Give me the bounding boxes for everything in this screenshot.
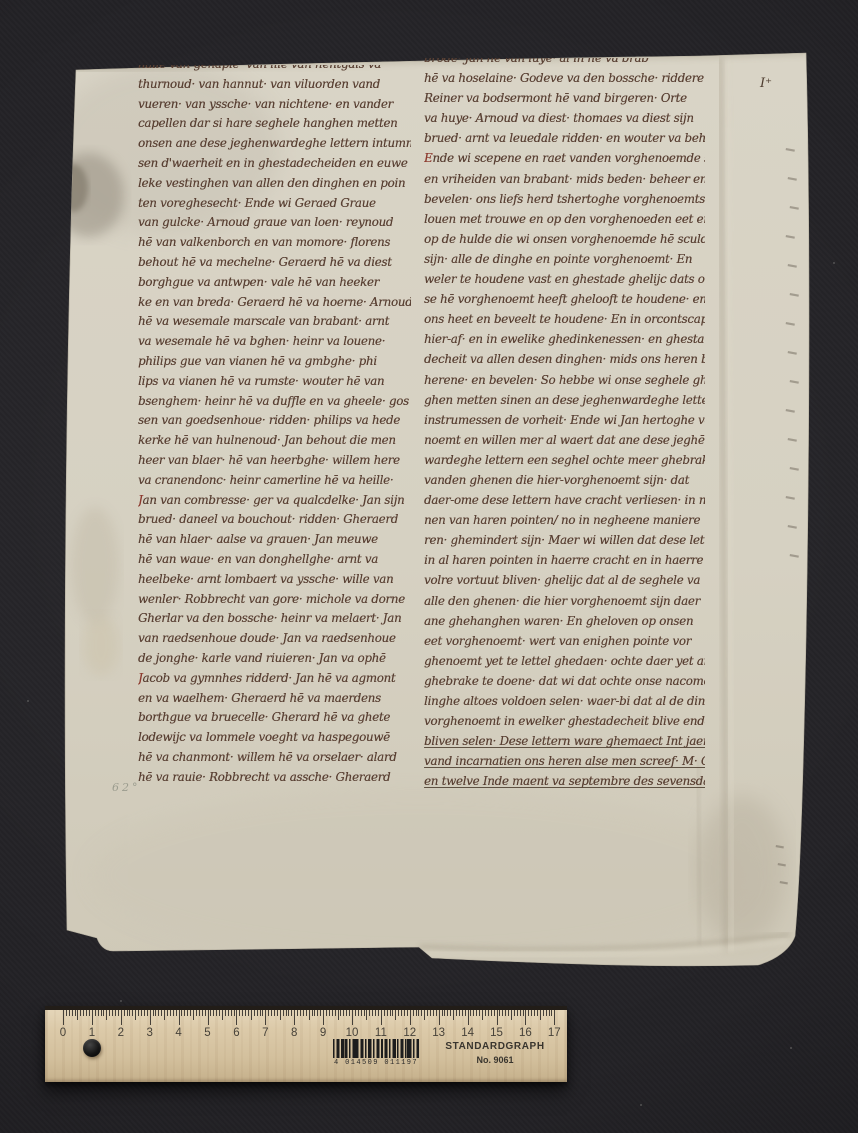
manuscript-line: van gulcke· Arnoud graue van loen· reyno… — [138, 213, 411, 233]
manuscript-line: heer van blaer· hē van heerbghe· willem … — [138, 451, 411, 471]
ruler-tick — [228, 1010, 229, 1016]
manuscript-line: op de hulde die wi onsen vorghenoemde hē… — [424, 229, 705, 249]
manuscript-line: ghebrake te doene· dat wi dat ochte onse… — [424, 671, 705, 691]
ruler-tick — [479, 1010, 480, 1016]
manuscript-line: van raedsenhoue doude· Jan va raedsenhou… — [138, 629, 411, 649]
ruler-number: 15 — [486, 1027, 508, 1039]
ruler-tick — [147, 1010, 148, 1016]
ruler-tick — [274, 1010, 275, 1016]
ruler-tick — [112, 1010, 113, 1016]
ruler-tick — [375, 1010, 376, 1016]
ruler-tick — [254, 1010, 255, 1016]
ruler-tick — [358, 1010, 359, 1016]
ruler-tick — [155, 1010, 156, 1016]
ruler-tick — [260, 1010, 261, 1016]
ruler-tick — [407, 1010, 408, 1016]
ruler: 01234567891011121314151617 4 014509 0111… — [45, 1006, 567, 1082]
stain — [58, 164, 88, 212]
manuscript-line: lodewijc va lommele voeght va haspegouwē — [138, 728, 411, 748]
ruler-tick — [213, 1010, 214, 1016]
manuscript-line: linghe altoes voldoen selen· waer-bi dat… — [424, 691, 705, 711]
ruler-tick — [144, 1010, 145, 1016]
stain — [71, 507, 119, 623]
manuscript-line: en twelve Inde maent va septembre des se… — [424, 771, 705, 791]
manuscript-line: ren· ghemindert sijn· Maer wi willen dat… — [424, 530, 705, 550]
stain — [90, 790, 750, 960]
ruler-number: 8 — [283, 1027, 305, 1039]
ruler-tick — [103, 1010, 104, 1016]
ruler-tick — [433, 1010, 434, 1016]
ruler-tick — [231, 1010, 232, 1016]
ruler-number: 12 — [399, 1027, 421, 1039]
ruler-tick — [326, 1010, 327, 1016]
ruler-tick — [378, 1010, 379, 1016]
ruler-tick — [338, 1010, 339, 1020]
ruler-tick — [283, 1010, 284, 1016]
ruler-tick — [465, 1010, 466, 1016]
ruler-tick — [502, 1010, 503, 1016]
ruler-tick — [366, 1010, 367, 1020]
ruler-tick — [352, 1010, 353, 1025]
ruler-tick — [280, 1010, 281, 1020]
ruler-tick — [262, 1010, 263, 1016]
ruler-tick — [265, 1010, 266, 1025]
ruler-tick — [436, 1010, 437, 1016]
manuscript-line: kerke hē van hulnenoud· Jan behout die m… — [138, 431, 411, 451]
ruler-tick — [306, 1010, 307, 1016]
ruler-tick — [196, 1010, 197, 1016]
ruler-number: 7 — [254, 1027, 276, 1039]
ruler-tick — [257, 1010, 258, 1016]
ruler-tick — [488, 1010, 489, 1016]
manuscript-line: bsenghem· heinr hē va duffle en va gheel… — [138, 392, 411, 412]
manuscript-line: Jan van combresse· ger va qualcdelke· Ja… — [138, 491, 411, 511]
manuscript-line: vand incarnatien ons heren alse men scre… — [424, 751, 705, 771]
manuscript-line: hē van hlaer· aalse va grauen· Jan meuwe — [138, 530, 411, 550]
manuscript-line: noemt en willen mer al waert dat ane des… — [424, 430, 705, 450]
ruler-tick — [106, 1010, 107, 1020]
ruler-hole — [83, 1039, 101, 1057]
ruler-tick — [135, 1010, 136, 1020]
manuscript-line: ghen metten sinen an dese jeghenwardeghe… — [424, 390, 705, 410]
ruler-tick — [427, 1010, 428, 1016]
ruler-tick — [288, 1010, 289, 1016]
manuscript-line: lips va vianen hē va rumste· wouter hē v… — [138, 372, 411, 392]
ruler-tick — [121, 1010, 122, 1025]
ruler-tick — [193, 1010, 194, 1020]
ruler-tick — [98, 1010, 99, 1016]
dust-speck — [833, 262, 835, 264]
ruler-number: 9 — [312, 1027, 334, 1039]
ruler-tick — [268, 1010, 269, 1016]
ruler-tick — [124, 1010, 125, 1016]
ruler-tick — [158, 1010, 159, 1016]
ruler-tick — [303, 1010, 304, 1016]
text-column-right: brode· Jan he van luye· al in he va brab… — [424, 58, 705, 808]
ruler-tick — [312, 1010, 313, 1016]
ruler-tick — [294, 1010, 295, 1025]
manuscript-line: brued· arnt va leuedale ridden· en woute… — [424, 128, 705, 148]
manuscript-line: leke vestinghen van allen den dinghen en… — [138, 174, 411, 194]
ruler-tick — [398, 1010, 399, 1016]
manuscript-line: hē va rauie· Robbrecht va assche· Gherae… — [138, 768, 411, 788]
ruler-tick — [505, 1010, 506, 1016]
ruler-tick — [329, 1010, 330, 1016]
ruler-tick — [245, 1010, 246, 1016]
manuscript-line: in al haren pointen in haerre cracht en … — [424, 550, 705, 570]
ruler-tick — [234, 1010, 235, 1016]
folio-mark: I⁺ — [760, 76, 794, 91]
ruler-tick — [80, 1010, 81, 1016]
ruler-tick — [497, 1010, 498, 1025]
manuscript-line: sen van goedsenhoue· ridden· philips va … — [138, 411, 411, 431]
ruler-tick — [164, 1010, 165, 1020]
manuscript-line: decheit va allen desen dinghen· mids ons… — [424, 349, 705, 369]
ruler-tick — [320, 1010, 321, 1016]
dust-speck — [27, 700, 29, 702]
ruler-number: 2 — [110, 1027, 132, 1039]
ruler-tick — [242, 1010, 243, 1016]
manuscript-line: sijn· alle de dinghe en pointe vorghenoe… — [424, 249, 705, 269]
manuscript-line: onsen ane dese jeghenwardeghe lettern in… — [138, 134, 411, 154]
ruler-tick — [239, 1010, 240, 1016]
manuscript-line: behout hē va mechelne· Geraerd hē va die… — [138, 253, 411, 273]
ruler-tick — [115, 1010, 116, 1016]
ruler-tick — [340, 1010, 341, 1016]
ruler-tick — [355, 1010, 356, 1016]
ruler-tick — [179, 1010, 180, 1025]
ruler-tick — [271, 1010, 272, 1016]
text-column-left: halle van genapie· van lile van hentgais… — [138, 65, 411, 805]
manuscript-line: halle van genapie· van lile van hentgais… — [138, 65, 411, 75]
manuscript-line: wardeghe lettern een seghel ochte meer g… — [424, 450, 705, 470]
manuscript-line: alle den ghenen· die hier vorghenoemt si… — [424, 591, 705, 611]
ruler-tick — [392, 1010, 393, 1016]
ruler-tick — [540, 1010, 541, 1020]
ruler-tick — [499, 1010, 500, 1016]
ruler-tick — [482, 1010, 483, 1020]
ruler-tick — [459, 1010, 460, 1016]
ruler-tick — [161, 1010, 162, 1016]
manuscript-line: brode· Jan he van luye· al in he va brab — [424, 58, 705, 68]
ruler-tick — [395, 1010, 396, 1020]
stain — [52, 153, 124, 237]
ruler-tick — [248, 1010, 249, 1016]
manuscript-line: va wesemale hē va bghen· heinr va louene… — [138, 332, 411, 352]
ruler-tick — [534, 1010, 535, 1016]
ruler-number: 4 — [168, 1027, 190, 1039]
manuscript-line: Ende wi scepene en raet vanden vorghenoe… — [424, 148, 705, 168]
ruler-tick — [450, 1010, 451, 1016]
ruler-tick — [410, 1010, 411, 1025]
ruler-tick — [468, 1010, 469, 1025]
barcode-digits: 4 014509 011197 — [333, 1059, 419, 1067]
ruler-tick — [511, 1010, 512, 1020]
ruler-tick — [528, 1010, 529, 1016]
ruler-tick — [424, 1010, 425, 1020]
ruler-tick — [418, 1010, 419, 1016]
ruler-number: 6 — [225, 1027, 247, 1039]
ruler-tick — [118, 1010, 119, 1016]
manuscript-line: ons heet en beveelt te houdene· En in or… — [424, 309, 705, 329]
ruler-tick — [476, 1010, 477, 1016]
ruler-tick — [286, 1010, 287, 1016]
ruler-tick — [551, 1010, 552, 1016]
manuscript-line: Reiner va bodsermont hē vand birgeren· O… — [424, 88, 705, 108]
ruler-tick — [132, 1010, 133, 1016]
ruler-tick — [205, 1010, 206, 1016]
ruler-tick — [314, 1010, 315, 1016]
ruler-tick — [554, 1010, 555, 1025]
ruler-tick — [485, 1010, 486, 1016]
ruler-tick — [225, 1010, 226, 1016]
ruler-tick — [332, 1010, 333, 1016]
manuscript-line: vanden ghenen die hier-vorghenoemt sijn·… — [424, 470, 705, 490]
ruler-tick — [92, 1010, 93, 1025]
ruler-tick — [291, 1010, 292, 1016]
ruler-tick — [127, 1010, 128, 1016]
ruler-number: 0 — [52, 1027, 74, 1039]
ruler-tick — [517, 1010, 518, 1016]
manuscript-line: hier-af· en in ewelike ghedinkenessen· e… — [424, 329, 705, 349]
ruler-tick — [199, 1010, 200, 1016]
ruler-tick — [549, 1010, 550, 1016]
manuscript-line: sen d'waerheit en in ghestadecheiden en … — [138, 154, 411, 174]
ruler-tick — [153, 1010, 154, 1016]
manuscript-line: en va waelhem· Gheraerd hē va maerdens — [138, 689, 411, 709]
ruler-tick — [202, 1010, 203, 1016]
ruler-tick — [381, 1010, 382, 1025]
ruler-tick — [219, 1010, 220, 1016]
ruler-tick — [190, 1010, 191, 1016]
dust-speck — [640, 1104, 642, 1106]
ruler-tick — [210, 1010, 211, 1016]
ruler-tick — [141, 1010, 142, 1016]
ruler-tick — [543, 1010, 544, 1016]
ruler-tick — [401, 1010, 402, 1016]
ruler-tick — [222, 1010, 223, 1020]
ruler-tick — [129, 1010, 130, 1016]
barcode: 4 014509 011197 — [333, 1039, 419, 1069]
manuscript-line: bevelen· ons liefs herd tshertoghe vorgh… — [424, 189, 705, 209]
ruler-tick — [300, 1010, 301, 1016]
manuscript-line: heelbeke· arnt lombaert va yssche· wille… — [138, 570, 411, 590]
ruler-tick — [309, 1010, 310, 1020]
manuscript-line: hē van waue· en van donghellghe· arnt va — [138, 550, 411, 570]
manuscript-line: bliven selen· Dese lettern ware ghemaect… — [424, 731, 705, 751]
manuscript-line: capellen dar si hare seghele hanghen met… — [138, 114, 411, 134]
stain — [697, 795, 787, 945]
manuscript-line: Jacob va gymnhes ridderd· Jan hē va agmo… — [138, 669, 411, 689]
ruler-tick — [546, 1010, 547, 1016]
ruler-tick — [416, 1010, 417, 1016]
ruler-tick — [170, 1010, 171, 1016]
manuscript-line: ane ghehanghen waren· En gheloven op ons… — [424, 611, 705, 631]
ruler-number: 17 — [543, 1027, 565, 1039]
manuscript-line: instrumessen de vorheit· Ende wi Jan her… — [424, 410, 705, 430]
ruler-tick — [101, 1010, 102, 1016]
ruler-tick — [150, 1010, 151, 1025]
ruler-tick — [430, 1010, 431, 1016]
manuscript-line: vueren· van yssche· van nichtene· en van… — [138, 95, 411, 115]
ruler-tick — [343, 1010, 344, 1016]
manuscript-line: borthgue va bruecelle· Gherard hē va ghe… — [138, 708, 411, 728]
manuscript-line: volre vortuut bliven· ghelijc dat al de … — [424, 570, 705, 590]
ruler-tick — [462, 1010, 463, 1016]
ruler-tick — [216, 1010, 217, 1016]
ruler-tick — [75, 1010, 76, 1016]
manuscript-line: daer-ome dese lettern have cracht verlie… — [424, 490, 705, 510]
ruler-tick — [444, 1010, 445, 1016]
pencil-note: 62° — [112, 781, 141, 794]
manuscript-line: eet vorghenoemt· wert van enighen pointe… — [424, 631, 705, 651]
manuscript-line: herene· en bevelen· So hebbe wi onse seg… — [424, 370, 705, 390]
ruler-tick — [361, 1010, 362, 1016]
ruler-tick — [297, 1010, 298, 1016]
manuscript-line: brued· daneel va bouchout· ridden· Ghera… — [138, 510, 411, 530]
manuscript-line: en vriheiden van brabant· mids beden· be… — [424, 169, 705, 189]
ruler-tick — [89, 1010, 90, 1016]
manuscript-line: wenler· Robbrecht van gore· michole va d… — [138, 590, 411, 610]
manuscript-line: hē van valkenborch en van momore· floren… — [138, 233, 411, 253]
ruler-tick — [384, 1010, 385, 1016]
manuscript-line: va huye· Arnoud va diest· thomaes va die… — [424, 108, 705, 128]
manuscript-line: hē va hoselaine· Godeve va den bossche· … — [424, 68, 705, 88]
ruler-tick — [523, 1010, 524, 1016]
ruler-tick — [508, 1010, 509, 1016]
ruler-tick — [335, 1010, 336, 1016]
ruler-tick — [236, 1010, 237, 1025]
ruler-tick — [439, 1010, 440, 1025]
ruler-tick — [447, 1010, 448, 1016]
ruler-tick — [456, 1010, 457, 1016]
ruler-tick — [323, 1010, 324, 1025]
manuscript-line: ghenoemt yet te lettel ghedaen· ochte da… — [424, 651, 705, 671]
ruler-brand-label: STANDARDGRAPH — [433, 1041, 557, 1052]
manuscript-line: weler te houdene vast en ghestade ghelij… — [424, 269, 705, 289]
manuscript-line: ten voreghesecht· Ende wi Geraed Graue — [138, 194, 411, 214]
ruler-tick — [531, 1010, 532, 1016]
ruler-tick — [520, 1010, 521, 1016]
ruler-tick — [525, 1010, 526, 1025]
dust-speck — [120, 1000, 122, 1002]
ruler-tick — [95, 1010, 96, 1016]
ruler-tick — [473, 1010, 474, 1016]
photo-background: halle van genapie· van lile van hentgais… — [0, 0, 858, 1133]
ruler-tick — [387, 1010, 388, 1016]
ruler-tick — [77, 1010, 78, 1020]
ruler-tick — [138, 1010, 139, 1016]
ruler-tick — [317, 1010, 318, 1016]
manuscript-line: thurnoud· van hannut· van viluorden vand — [138, 75, 411, 95]
ruler-tick — [167, 1010, 168, 1016]
ruler-tick — [470, 1010, 471, 1016]
ruler-model-label: No. 9061 — [433, 1055, 557, 1065]
ruler-tick — [277, 1010, 278, 1016]
ruler-number: 10 — [341, 1027, 363, 1039]
dust-speck — [790, 1047, 792, 1049]
ruler-tick — [208, 1010, 209, 1025]
ruler-tick — [181, 1010, 182, 1016]
manuscript-line: va cranendonc· heinr camerline hē va hei… — [138, 471, 411, 491]
ruler-tick — [69, 1010, 70, 1016]
ruler-tick — [346, 1010, 347, 1016]
ruler-number: 13 — [428, 1027, 450, 1039]
manuscript-line: louen met trouwe en op den vorghenoeden … — [424, 209, 705, 229]
manuscript-line: vorghenoemt in ewelker ghestadecheit bli… — [424, 711, 705, 731]
ruler-tick — [442, 1010, 443, 1016]
ruler-tick — [349, 1010, 350, 1016]
manuscript-line: philips gue van vianen hē va gmbghe· phi — [138, 352, 411, 372]
manuscript-line: de jonghe· karle vand riuieren· Jan va o… — [138, 649, 411, 669]
ruler-tick — [72, 1010, 73, 1016]
manuscript-line: ke en van breda· Geraerd hē va hoerne· A… — [138, 293, 411, 313]
ruler-tick — [63, 1010, 64, 1025]
ruler-tick — [421, 1010, 422, 1016]
ruler-number: 14 — [457, 1027, 479, 1039]
manuscript-line: Gherlar va den bossche· heinr va melaert… — [138, 609, 411, 629]
manuscript-line: borghgue va antwpen· vale hē van heeker — [138, 273, 411, 293]
ruler-tick — [404, 1010, 405, 1016]
barcode-bars — [333, 1039, 419, 1058]
ruler-number: 3 — [139, 1027, 161, 1039]
ruler-tick — [251, 1010, 252, 1020]
ruler-tick — [390, 1010, 391, 1016]
ruler-brand-block: STANDARDGRAPH No. 9061 — [433, 1041, 557, 1065]
ruler-tick — [413, 1010, 414, 1016]
manuscript-line: nen van haren pointen/ no in negheene ma… — [424, 510, 705, 530]
manuscript-line: se hē vorghenoemt heeft ghelooft te houd… — [424, 289, 705, 309]
ruler-tick — [453, 1010, 454, 1020]
ruler-tick — [491, 1010, 492, 1016]
stain — [83, 615, 119, 675]
manuscript-line: hē va wesemale marscale van brabant· arn… — [138, 312, 411, 332]
ruler-tick — [537, 1010, 538, 1016]
ruler-number: 11 — [370, 1027, 392, 1039]
ruler-tick — [364, 1010, 365, 1016]
ruler-tick — [176, 1010, 177, 1016]
ruler-number: 1 — [81, 1027, 103, 1039]
ruler-tick — [109, 1010, 110, 1016]
ruler-tick — [514, 1010, 515, 1016]
ruler-tick — [369, 1010, 370, 1016]
ruler-tick — [372, 1010, 373, 1016]
ruler-tick — [494, 1010, 495, 1016]
ruler-tick — [187, 1010, 188, 1016]
ruler-tick — [83, 1010, 84, 1016]
ruler-tick — [66, 1010, 67, 1016]
ruler-tick — [173, 1010, 174, 1016]
ruler-number: 16 — [514, 1027, 536, 1039]
ruler-tick — [184, 1010, 185, 1016]
ruler-number: 5 — [197, 1027, 219, 1039]
ruler-tick — [86, 1010, 87, 1016]
manuscript-line: hē va chanmont· willem hē va orselaer· a… — [138, 748, 411, 768]
